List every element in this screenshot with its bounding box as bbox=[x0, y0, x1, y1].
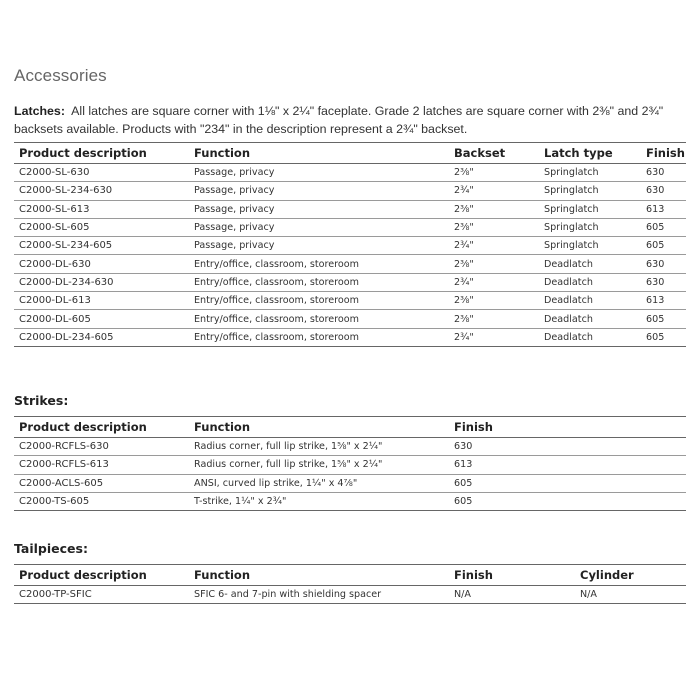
strikes-heading: Strikes: bbox=[14, 393, 68, 408]
table-cell: 605 bbox=[641, 237, 686, 255]
table-row: C2000-SL-613Passage, privacy2⅜"Springlat… bbox=[14, 200, 686, 218]
table-cell: 2⅜" bbox=[449, 164, 539, 182]
table-cell: C2000-TP-SFIC bbox=[14, 586, 189, 604]
table-cell: Deadlatch bbox=[539, 255, 641, 273]
table-cell: 2¾" bbox=[449, 273, 539, 291]
table-cell: 613 bbox=[641, 200, 686, 218]
table-cell: Passage, privacy bbox=[189, 164, 449, 182]
table-cell: 630 bbox=[641, 164, 686, 182]
column-header: Finish bbox=[449, 417, 686, 438]
table-cell: 2⅜" bbox=[449, 310, 539, 328]
table-cell: C2000-SL-234-605 bbox=[14, 237, 189, 255]
table-cell: C2000-RCFLS-630 bbox=[14, 438, 189, 456]
strikes-table: Product description Function Finish C200… bbox=[14, 416, 686, 511]
strikes-table-body: C2000-RCFLS-630Radius corner, full lip s… bbox=[14, 438, 686, 511]
table-cell: Springlatch bbox=[539, 182, 641, 200]
table-cell: T-strike, 1¼" x 2¾" bbox=[189, 492, 449, 510]
table-cell: C2000-DL-234-605 bbox=[14, 328, 189, 346]
tailpieces-heading: Tailpieces: bbox=[14, 541, 88, 556]
table-cell: 605 bbox=[449, 474, 686, 492]
table-cell: C2000-DL-234-630 bbox=[14, 273, 189, 291]
latches-table-body: C2000-SL-630Passage, privacy2⅜"Springlat… bbox=[14, 164, 686, 347]
table-cell: N/A bbox=[449, 586, 575, 604]
table-cell: C2000-ACLS-605 bbox=[14, 474, 189, 492]
table-cell: N/A bbox=[575, 586, 686, 604]
table-row: C2000-SL-234-605Passage, privacy2¾"Sprin… bbox=[14, 237, 686, 255]
table-cell: 2¾" bbox=[449, 237, 539, 255]
table-cell: 630 bbox=[641, 182, 686, 200]
latches-label: Latches: bbox=[14, 104, 65, 118]
table-cell: 630 bbox=[449, 438, 686, 456]
table-cell: Entry/office, classroom, storeroom bbox=[189, 255, 449, 273]
table-cell: 630 bbox=[641, 273, 686, 291]
table-header-row: Product description Function Backset Lat… bbox=[14, 143, 686, 164]
table-row: C2000-DL-234-605Entry/office, classroom,… bbox=[14, 328, 686, 346]
table-cell: 2⅜" bbox=[449, 218, 539, 236]
table-row: C2000-RCFLS-613Radius corner, full lip s… bbox=[14, 456, 686, 474]
table-cell: C2000-DL-630 bbox=[14, 255, 189, 273]
table-row: C2000-DL-234-630Entry/office, classroom,… bbox=[14, 273, 686, 291]
table-header-row: Product description Function Finish bbox=[14, 417, 686, 438]
table-row: C2000-RCFLS-630Radius corner, full lip s… bbox=[14, 438, 686, 456]
table-row: C2000-DL-605Entry/office, classroom, sto… bbox=[14, 310, 686, 328]
table-cell: SFIC 6- and 7-pin with shielding spacer bbox=[189, 586, 449, 604]
table-cell: 2⅜" bbox=[449, 255, 539, 273]
tailpieces-table: Product description Function Finish Cyli… bbox=[14, 564, 686, 604]
table-cell: 605 bbox=[641, 310, 686, 328]
table-cell: Radius corner, full lip strike, 1⅝" x 2¼… bbox=[189, 438, 449, 456]
table-cell: Deadlatch bbox=[539, 310, 641, 328]
table-cell: Entry/office, classroom, storeroom bbox=[189, 328, 449, 346]
table-cell: Deadlatch bbox=[539, 273, 641, 291]
page-title: Accessories bbox=[14, 66, 107, 86]
latches-table: Product description Function Backset Lat… bbox=[14, 142, 686, 347]
table-cell: C2000-TS-605 bbox=[14, 492, 189, 510]
table-cell: 605 bbox=[641, 218, 686, 236]
table-row: C2000-SL-234-630Passage, privacy2¾"Sprin… bbox=[14, 182, 686, 200]
column-header: Function bbox=[189, 565, 449, 586]
latches-description: All latches are square corner with 1⅛" x… bbox=[14, 104, 663, 136]
table-cell: 2¾" bbox=[449, 182, 539, 200]
table-row: C2000-ACLS-605ANSI, curved lip strike, 1… bbox=[14, 474, 686, 492]
table-row: C2000-DL-613Entry/office, classroom, sto… bbox=[14, 292, 686, 310]
table-cell: Passage, privacy bbox=[189, 182, 449, 200]
column-header: Product description bbox=[14, 565, 189, 586]
table-cell: Deadlatch bbox=[539, 328, 641, 346]
table-cell: Springlatch bbox=[539, 218, 641, 236]
latches-intro: Latches: All latches are square corner w… bbox=[14, 102, 694, 138]
table-cell: C2000-DL-613 bbox=[14, 292, 189, 310]
table-cell: 605 bbox=[449, 492, 686, 510]
column-header: Product description bbox=[14, 143, 189, 164]
tailpieces-table-body: C2000-TP-SFICSFIC 6- and 7-pin with shie… bbox=[14, 586, 686, 604]
table-cell: 630 bbox=[641, 255, 686, 273]
table-cell: C2000-SL-630 bbox=[14, 164, 189, 182]
table-row: C2000-SL-605Passage, privacy2⅜"Springlat… bbox=[14, 218, 686, 236]
table-cell: 2⅜" bbox=[449, 292, 539, 310]
table-cell: Passage, privacy bbox=[189, 200, 449, 218]
table-cell: Deadlatch bbox=[539, 292, 641, 310]
table-cell: Passage, privacy bbox=[189, 237, 449, 255]
table-cell: Entry/office, classroom, storeroom bbox=[189, 310, 449, 328]
column-header: Finish bbox=[641, 143, 686, 164]
table-cell: Springlatch bbox=[539, 164, 641, 182]
table-cell: Passage, privacy bbox=[189, 218, 449, 236]
table-row: C2000-TS-605T-strike, 1¼" x 2¾"605 bbox=[14, 492, 686, 510]
table-header-row: Product description Function Finish Cyli… bbox=[14, 565, 686, 586]
column-header: Backset bbox=[449, 143, 539, 164]
table-cell: C2000-SL-605 bbox=[14, 218, 189, 236]
table-row: C2000-SL-630Passage, privacy2⅜"Springlat… bbox=[14, 164, 686, 182]
table-cell: C2000-RCFLS-613 bbox=[14, 456, 189, 474]
column-header: Function bbox=[189, 417, 449, 438]
table-cell: 613 bbox=[449, 456, 686, 474]
column-header: Cylinder bbox=[575, 565, 686, 586]
column-header: Finish bbox=[449, 565, 575, 586]
column-header: Latch type bbox=[539, 143, 641, 164]
table-cell: Entry/office, classroom, storeroom bbox=[189, 273, 449, 291]
table-cell: C2000-SL-613 bbox=[14, 200, 189, 218]
table-cell: 2⅜" bbox=[449, 200, 539, 218]
table-cell: 2¾" bbox=[449, 328, 539, 346]
table-row: C2000-TP-SFICSFIC 6- and 7-pin with shie… bbox=[14, 586, 686, 604]
column-header: Product description bbox=[14, 417, 189, 438]
table-cell: 613 bbox=[641, 292, 686, 310]
table-cell: C2000-SL-234-630 bbox=[14, 182, 189, 200]
column-header: Function bbox=[189, 143, 449, 164]
table-row: C2000-DL-630Entry/office, classroom, sto… bbox=[14, 255, 686, 273]
table-cell: C2000-DL-605 bbox=[14, 310, 189, 328]
table-cell: Entry/office, classroom, storeroom bbox=[189, 292, 449, 310]
table-cell: Springlatch bbox=[539, 237, 641, 255]
table-cell: Springlatch bbox=[539, 200, 641, 218]
table-cell: Radius corner, full lip strike, 1⅝" x 2¼… bbox=[189, 456, 449, 474]
table-cell: ANSI, curved lip strike, 1¼" x 4⅞" bbox=[189, 474, 449, 492]
table-cell: 605 bbox=[641, 328, 686, 346]
